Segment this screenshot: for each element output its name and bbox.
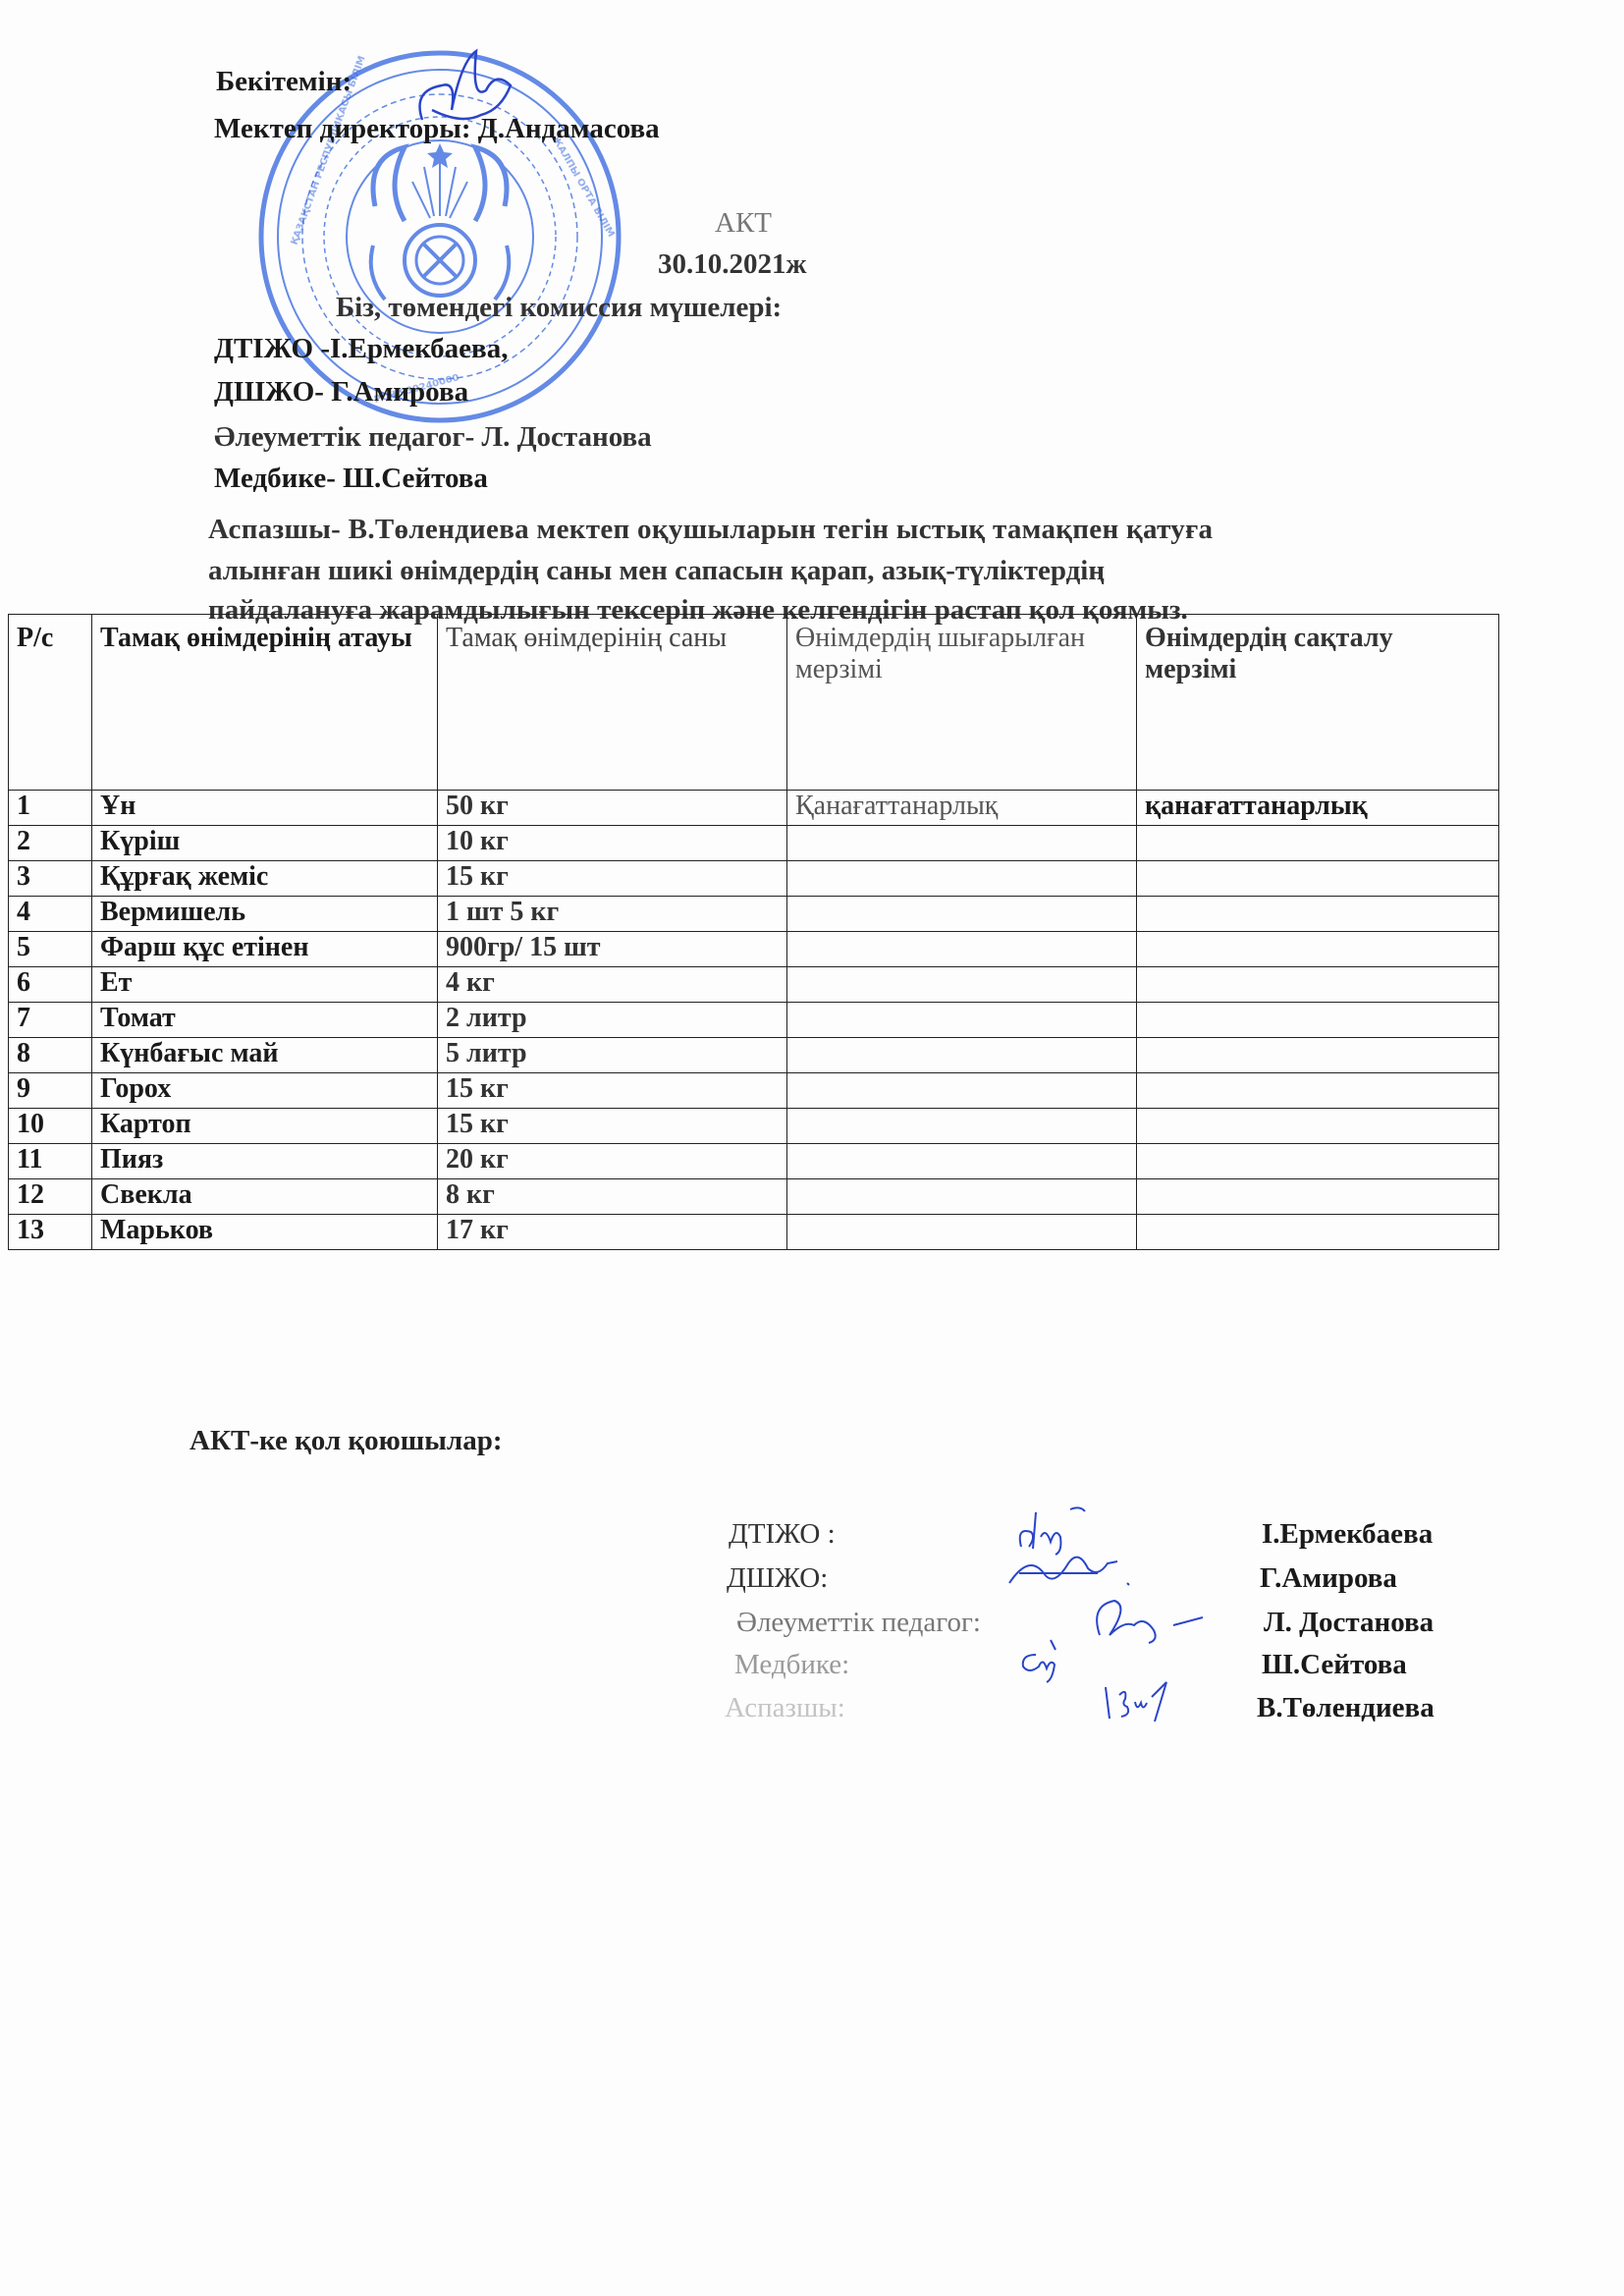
production-date-cell	[787, 861, 1137, 897]
product-quantity: 20 кг	[438, 1144, 787, 1179]
product-quantity: 15 кг	[438, 1073, 787, 1109]
row-number: 12	[9, 1179, 92, 1215]
product-name: Күріш	[92, 826, 438, 861]
product-name: Ұн	[92, 791, 438, 826]
member-1: ДТІЖО -І.Ермекбаева,	[214, 332, 508, 365]
product-quantity: 15 кг	[438, 861, 787, 897]
product-name: Ет	[92, 967, 438, 1003]
storage-period-cell	[1137, 1109, 1499, 1144]
product-name: Томат	[92, 1003, 438, 1038]
storage-period-cell	[1137, 861, 1499, 897]
product-quantity: 1 шт 5 кг	[438, 897, 787, 932]
table-row: 13Марьков17 кг	[9, 1215, 1499, 1250]
table-row: 3Құрғақ жеміс15 кг	[9, 861, 1499, 897]
row-number: 9	[9, 1073, 92, 1109]
table-row: 12Свекла8 кг	[9, 1179, 1499, 1215]
intro-text: Біз, төмендегі комиссия мүшелері:	[336, 291, 782, 324]
signers-heading: АКТ-ке қол қоюшылар:	[189, 1424, 502, 1457]
row-number: 5	[9, 932, 92, 967]
storage-period-cell	[1137, 1179, 1499, 1215]
product-quantity: 15 кг	[438, 1109, 787, 1144]
paragraph-line-1: Аспазшы- В.Төлендиева мектеп оқушыларын …	[208, 513, 1213, 546]
table-row: 1Ұн50 кгҚанағаттанарлыққанағаттанарлық	[9, 791, 1499, 826]
row-number: 6	[9, 967, 92, 1003]
production-date-cell	[787, 1179, 1137, 1215]
production-date-cell	[787, 1144, 1137, 1179]
document-title: АКТ	[715, 206, 772, 240]
production-date-cell	[787, 932, 1137, 967]
signature-1-icon	[1011, 1498, 1110, 1557]
product-quantity: 900гр/ 15 шт	[438, 932, 787, 967]
production-date-cell: Қанағаттанарлық	[787, 791, 1137, 826]
storage-period-cell: қанағаттанарлық	[1137, 791, 1499, 826]
signature-2-icon	[1000, 1544, 1137, 1598]
signer-name-5: В.Төлендиева	[1257, 1691, 1435, 1724]
product-quantity: 50 кг	[438, 791, 787, 826]
storage-period-cell	[1137, 1003, 1499, 1038]
header-quantity: Тамақ өнімдерінің саны	[438, 615, 787, 791]
row-number: 8	[9, 1038, 92, 1073]
products-table: Р/с Тамақ өнімдерінің атауы Тамақ өнімде…	[8, 614, 1499, 1250]
production-date-cell	[787, 826, 1137, 861]
header-production-date: Өнімдердің шығарылған мерзімі	[787, 615, 1137, 791]
director-line: Мектеп директоры: Д.Андамасова	[214, 112, 660, 145]
product-name: Свекла	[92, 1179, 438, 1215]
row-number: 3	[9, 861, 92, 897]
table-row: 7Томат2 литр	[9, 1003, 1499, 1038]
product-name: Горох	[92, 1073, 438, 1109]
product-name: Пияз	[92, 1144, 438, 1179]
signer-role-2: ДШЖО:	[727, 1561, 828, 1595]
product-quantity: 8 кг	[438, 1179, 787, 1215]
row-number: 11	[9, 1144, 92, 1179]
table-row: 8Күнбағыс май5 литр	[9, 1038, 1499, 1073]
production-date-cell	[787, 967, 1137, 1003]
signer-name-4: Ш.Сейтова	[1262, 1648, 1407, 1681]
table-row: 4Вермишель1 шт 5 кг	[9, 897, 1499, 932]
header-number: Р/с	[9, 615, 92, 791]
production-date-cell	[787, 1109, 1137, 1144]
product-name: Марьков	[92, 1215, 438, 1250]
storage-period-cell	[1137, 1215, 1499, 1250]
signer-role-1: ДТІЖО :	[729, 1517, 836, 1551]
product-name: Вермишель	[92, 897, 438, 932]
table-row: 2Күріш10 кг	[9, 826, 1499, 861]
production-date-cell	[787, 1038, 1137, 1073]
table-row: 5Фарш құс етінен900гр/ 15 шт	[9, 932, 1499, 967]
header-product-name: Тамақ өнімдерінің атауы	[92, 615, 438, 791]
signer-role-5: Аспазшы:	[725, 1691, 845, 1724]
member-4: Медбике- Ш.Сейтова	[214, 462, 488, 495]
storage-period-cell	[1137, 897, 1499, 932]
document-date: 30.10.2021ж	[658, 247, 807, 281]
storage-period-cell	[1137, 1144, 1499, 1179]
approve-label: Бекітемін:	[216, 65, 352, 98]
storage-period-cell	[1137, 967, 1499, 1003]
signer-name-2: Г.Амирова	[1260, 1561, 1397, 1595]
signer-role-3: Әлеуметтік педагог:	[736, 1606, 981, 1639]
product-quantity: 2 литр	[438, 1003, 787, 1038]
product-name: Картоп	[92, 1109, 438, 1144]
table-row: 9Горох15 кг	[9, 1073, 1499, 1109]
signature-4-icon	[1011, 1635, 1070, 1684]
official-stamp-icon: ҚАЗАҚСТАН РЕСПУБЛИКАСЫ БІЛІМ ЖАЛПЫ ОРТА …	[257, 49, 623, 424]
member-2: ДШЖО- Г.Амирова	[214, 375, 468, 409]
product-name: Фарш құс етінен	[92, 932, 438, 967]
row-number: 1	[9, 791, 92, 826]
storage-period-cell	[1137, 932, 1499, 967]
member-3: Әлеуметтік педагог- Л. Достанова	[214, 420, 652, 454]
svg-text:ЖАЛПЫ ОРТА БІЛІМ: ЖАЛПЫ ОРТА БІЛІМ	[549, 134, 616, 239]
signer-role-4: Медбике:	[734, 1648, 849, 1681]
production-date-cell	[787, 1215, 1137, 1250]
table-header-row: Р/с Тамақ өнімдерінің атауы Тамақ өнімде…	[9, 615, 1499, 791]
storage-period-cell	[1137, 1038, 1499, 1073]
signature-3-icon	[1080, 1586, 1218, 1645]
product-name: Құрғақ жеміс	[92, 861, 438, 897]
product-quantity: 17 кг	[438, 1215, 787, 1250]
signer-name-3: Л. Достанова	[1264, 1606, 1434, 1639]
row-number: 13	[9, 1215, 92, 1250]
production-date-cell	[787, 1073, 1137, 1109]
product-quantity: 4 кг	[438, 967, 787, 1003]
product-quantity: 10 кг	[438, 826, 787, 861]
signer-name-1: І.Ермекбаева	[1262, 1517, 1433, 1551]
product-name: Күнбағыс май	[92, 1038, 438, 1073]
product-quantity: 5 литр	[438, 1038, 787, 1073]
row-number: 10	[9, 1109, 92, 1144]
paragraph-line-2: алынған шикі өнімдердің саны мен сапасын…	[208, 554, 1105, 587]
production-date-cell	[787, 897, 1137, 932]
production-date-cell	[787, 1003, 1137, 1038]
row-number: 7	[9, 1003, 92, 1038]
table-row: 6Ет4 кг	[9, 967, 1499, 1003]
row-number: 4	[9, 897, 92, 932]
storage-period-cell	[1137, 826, 1499, 861]
signature-5-icon	[1098, 1667, 1176, 1726]
row-number: 2	[9, 826, 92, 861]
header-storage-period: Өнімдердің сақталу мерзімі	[1137, 615, 1499, 791]
storage-period-cell	[1137, 1073, 1499, 1109]
table-row: 11Пияз20 кг	[9, 1144, 1499, 1179]
table-row: 10Картоп15 кг	[9, 1109, 1499, 1144]
